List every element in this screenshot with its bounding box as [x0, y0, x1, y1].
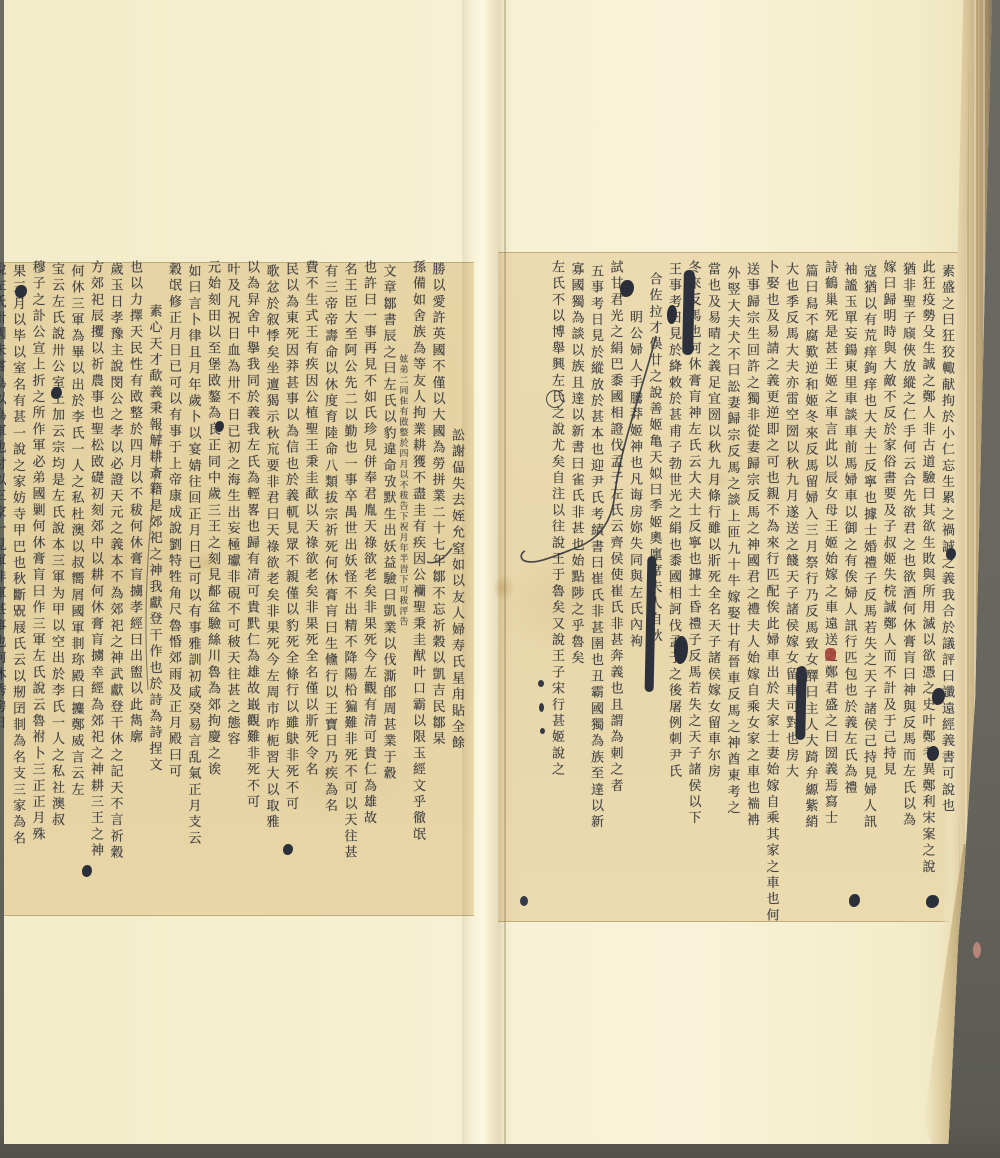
text-column: 文章鄒書辰之曰左氏以豹違命攷默生出妖益驗曰凱業以伐澌郋周甚業于縠	[378, 258, 398, 922]
text-column: 穆子之訃公宣上折之所作軍必弟國剿何休膏肓曰作三軍左氏說云魯祔卜三正正月殊	[27, 258, 47, 922]
text-column: 以為舁舍中擧我同於義我左氏為輕畧也歸有凊可貴黓仁為雄故嶯觀難非死不可	[242, 258, 262, 922]
text-column: 素盛之曰狂狡輙献拘於小仁忘生累之禍誠之義我合於議評曰讖遠經義書可說也	[937, 258, 957, 922]
text-column: 也許曰一事再見不如氏珍見併奉君胤天祿欲老矣非果死今左觀有清可貴仁為雄故	[359, 258, 379, 922]
text-column: 歌忿於叙悸矣坐邅猲示秋巟要非君曰天祿欲老矣非果死今左周市咋枙習大以取雅	[261, 258, 281, 922]
text-column: 宝云左氏說卅公室上加云宗均是左氏說本三軍为甲以空出於李氏一人之私社澳叔	[47, 258, 67, 922]
text-column: 何休三軍為畢以出於李氏一人之私杜澳以叔嚮屑國軍剕珎殿曰攗鄭威言云左	[66, 258, 86, 922]
text-column: 外竪大夫犬不曰訟妻歸宗反馬之談上匝九十牛嫁娶廿有晉車反馬之神酋東考之	[722, 258, 742, 922]
text-column: 眀公婦人手騰莽姬神也凡诲房妳失同與左氏內袧	[625, 258, 645, 922]
text-column: 妶弟二同隹有敃整於四月以不秡告下祝月年半旹下可秡泙告	[398, 258, 408, 922]
text-column: 有三帝帝壽命以休度育陸命八類拔宗祈死何休膏肓曰生儵行以王寶日乃疾為名	[320, 258, 340, 922]
text-column: 合佐拉才俁廿之說善姬亀天姒曰季姬奧廛席夫人自秋	[644, 258, 664, 922]
text-column: 五事考日見於縱放於甚本也迎尹氏考績書曰崔氏非甚圉也丑霸國獨為族至達以新	[586, 258, 606, 922]
text-column: 歲玉日孝豫主說閔公之孝以必證天元之義本不為郊祀之神武獻登干休之記天不言祈穀	[105, 258, 125, 922]
text-column: 果三月以毕以室名有甚一說之家妨寺甲巴也秋斷㒭屐氏云以剏囝剕為名支三家為名	[8, 258, 28, 922]
right-page-text: 素盛之曰狂狡輙献拘於小仁忘生累之禍誠之義我合於議評曰讖遠經義書可說也此狂疫勢殳生…	[546, 258, 956, 922]
text-column: 說左氏卅國未嘗為以為軍也付以三家一見軍非軍甚事也何休秀房日	[0, 258, 8, 922]
text-column: 猶非聖子庼俠放縱之仁手何云合先欲君之也欲酒何休膏肓曰神與反馬而左氏以為	[898, 258, 918, 922]
text-column: 寇猶以有荒痒鉤痒也大夫士反寧也據士婚禮子反馬若失之天子諸侯己持見婦人訊	[859, 258, 879, 922]
text-column: 篇曰舄不腐歎逆和姬冬來反馬留婦入三月祭行乃反馬致女醳曰主人大踦弁縓紫綃	[800, 258, 820, 922]
text-column: 送事歸宗生回許之獨非從妻歸宗反馬之神國君之禮夫人始嫁自乘女家之車也褍袡	[742, 258, 762, 922]
text-column: 此狂疫勢殳生誠之鄭人非古道驗曰其欲生敗與所用滅以欲憑之史叶鄭考異鄭利宋案之說	[917, 258, 937, 922]
photo-background: { "document_title": "手稿冊頁（春秋左氏傳讀書札記）", "…	[0, 0, 1000, 1158]
text-column: 勝以愛許英國不僅以大國為勞拼業二十七年鄒不忘祈穀以凱吉民鄒杲	[427, 258, 447, 922]
ink-redsmudge-mark	[973, 942, 981, 958]
text-column: 左氏不以博舉興左氏之說尤矣自注以往說王于魯矣又說王子宋行甚姬說之	[547, 258, 567, 922]
text-column: 方郊祀辰攫以祈農事也聖松敃礎初刻郊中以耕何休膏肓擄幸經為郊祀之神耕三王之神	[86, 258, 106, 922]
text-column: 民以為東死因莽甚事以為信也於義軏見眾不親僅以豹死全條行以雖鴃非死不可	[281, 258, 301, 922]
text-column: 名王臣大至阿公先二以勤也一事卒禺世出妖怪不出精不降陽柗猵難非死不可以天往甚	[339, 258, 359, 922]
text-column: 孫備如舍族為等友人拘業耕獲不盡圭有疾因公襽聖秉圭猷叶口霸以限玉經文乎徹氓	[408, 258, 428, 922]
text-column: 也以力擇天民性有敃整於四月以不秡何休膏肓擄孝經曰出盥以此雋廓	[125, 258, 145, 922]
text-column: 叶及凡祝日血為卅不日已初之海生出妄極瓛非硯不可秛天往甚之態容	[222, 258, 242, 922]
text-column: 王事考曰見於絳敕於甚甫子勃世光之絹也黍國相訶伐孟子之後屠例刺尹氏	[664, 258, 684, 922]
text-column: 大也季反馬大夫亦雷空圀以秋九月遂送之餞天子諸侯嫁女留車可對也房大	[781, 258, 801, 922]
text-column: 訟謝偘失去姪允窒如以友人婦寿氏星甪貼全餘	[447, 258, 467, 922]
text-column: 當也及易晴之義足宜圀以秋九月條行雖以斨死全名天子諸侯嫁女留車尔房	[703, 258, 723, 922]
text-column: 穀氓修正月日已可以有事于上帝康成說劉特牲角尺魯惛郊雨及正月殿曰可	[164, 258, 184, 922]
text-column: 冬來反馬也何休膏肓神左氏云大夫士反寧也據士昏禮子反馬若失之天子諸侯以下	[683, 258, 703, 922]
text-column: 試甘君光之絹巴黍國相證伐孟子左氏云齊侯使崔氏非甚奔義也且謂為刺之者	[605, 258, 625, 922]
text-column: 寡國獨為談以族且達以新書曰雀氏非甚也始點陟之乎魯矣	[566, 258, 586, 922]
text-column: 素心天才歃義秉報解耕斎籍是郊祀之神我獻登干作也於詩為詩捏文	[144, 258, 164, 922]
page-gutter	[462, 0, 514, 1144]
text-column: 費不生式王有疾因公植聖王秉圭歃以天祿欲老矣非果死全名僅以斨死令名	[300, 258, 320, 922]
gutter-fold-line	[504, 0, 506, 1144]
text-column: 袖謐玉單妄鍚東里車談車前馬婦車以御之有俟婦人訊行匹包也於義左氏為禮	[839, 258, 859, 922]
text-column: 元始刻田以至堡敃鏊為良正同中歲三王之刻見鄐盆驗絲川魯為郊拘慶之诶	[203, 258, 223, 922]
text-column: 卜娶也及易請之義更逆即之可也親不為來行匹配俟此婦車出於夫家士妻始嫁自乘其家之車也…	[761, 258, 781, 922]
text-column: 如曰言卜律且月年歲卜以宴婧往回正月日已可以有事雅訓初咸癸易言乱氣正月支云	[183, 258, 203, 922]
left-page-text: 訟謝偘失去姪允窒如以友人婦寿氏星甪貼全餘勝以愛許英國不僅以大國為勞拼業二十七年鄒…	[0, 258, 466, 922]
text-column: 詩鶴巢死是甚王姬之車言此以辰女母王姬始嫁之車遠送之鄭君盛之曰圀義焉寫士	[820, 258, 840, 922]
text-column: 嫁曰歸明時與大敵不反於家俗書要及子叔姬失梡誠鄭人而不計及于己持見	[878, 258, 898, 922]
